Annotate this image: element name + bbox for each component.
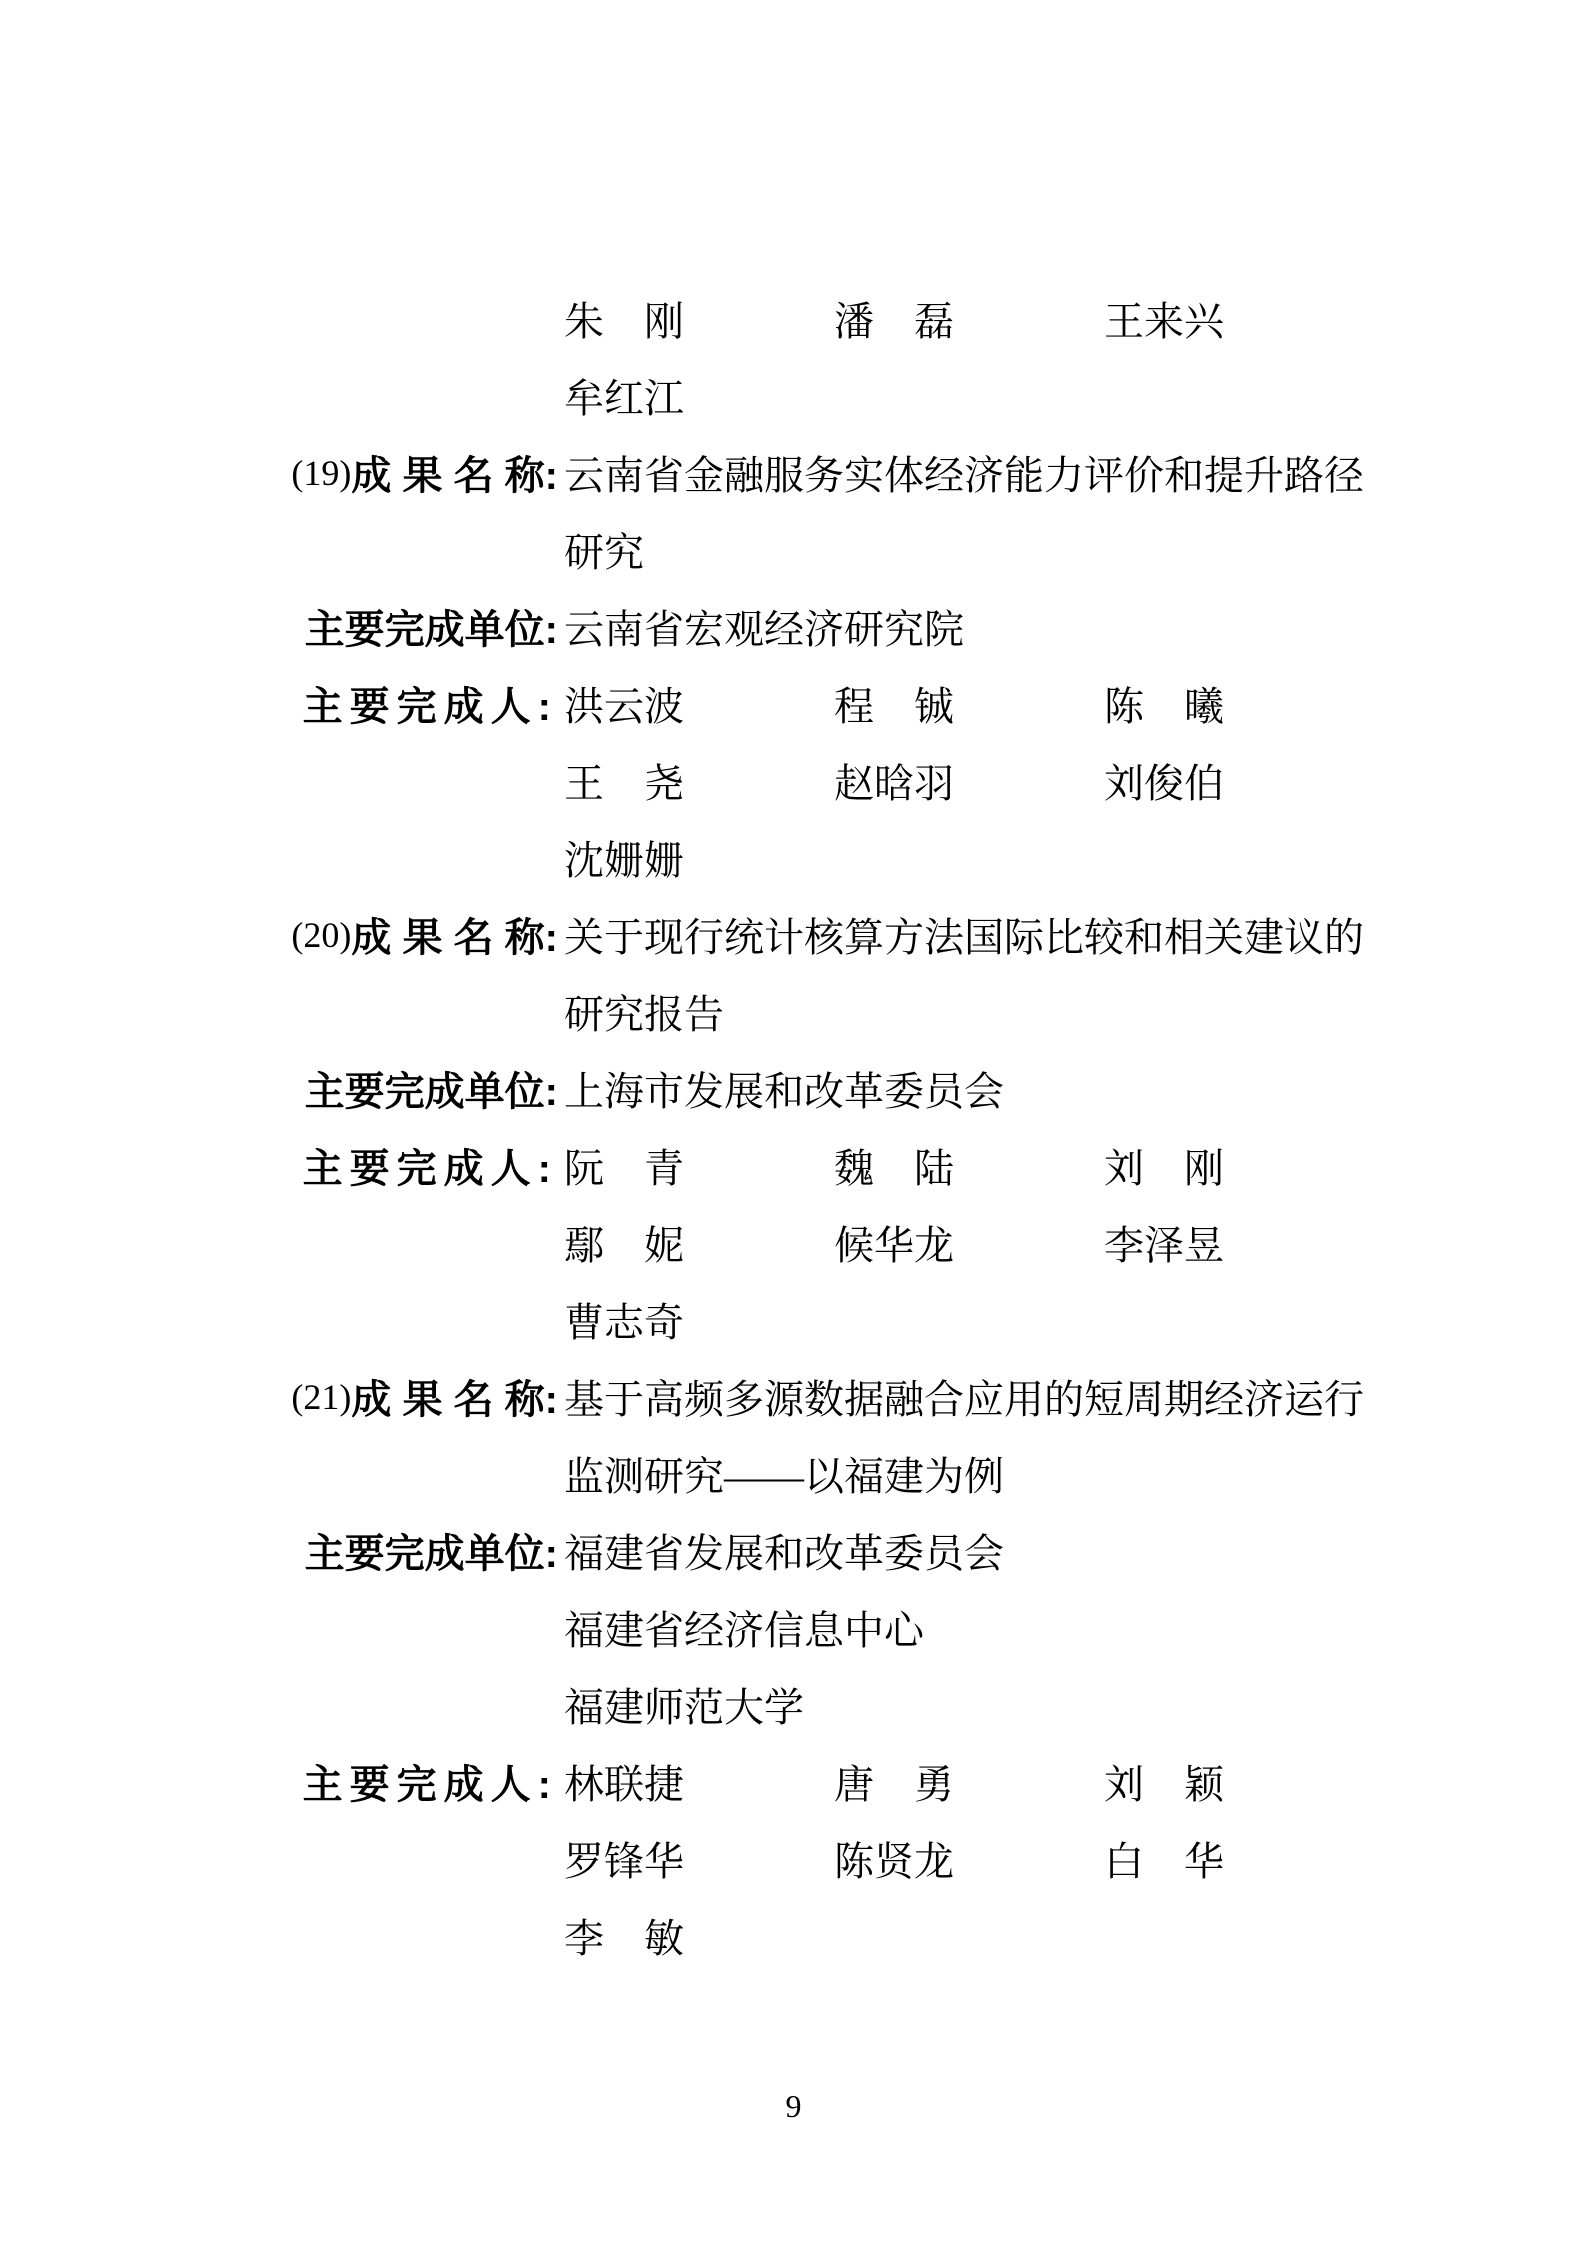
field-label: 主要完成单位: (305, 598, 558, 655)
person-name: 陈 曦 (1104, 675, 1374, 732)
label-zone: 主要完成单位: (0, 1522, 558, 1579)
value-zone: 监测研究——以福建为例 (558, 1445, 1587, 1502)
unit-name: 云南省宏观经济研究院 (564, 607, 964, 652)
person-name: 曹志奇 (564, 1291, 834, 1348)
page-footer: 9 (0, 2088, 1587, 2125)
unit-name: 福建师范大学 (564, 1685, 804, 1730)
value-zone: 阮 青魏 陆刘 刚 (558, 1137, 1587, 1194)
value-zone: 曹志奇 (558, 1291, 1587, 1348)
field-label: 成 果 名 称: (351, 444, 558, 501)
entry-number: (21) (291, 1376, 351, 1418)
value-zone: 朱 刚潘 磊王来兴 (558, 290, 1587, 347)
result-title-continuation: 研究 (564, 530, 644, 575)
value-zone: 洪云波程 铖陈 曦 (558, 675, 1587, 732)
document-line: 主要完成单位:福建省发展和改革委员会 (0, 1512, 1587, 1589)
document-line: 李 敏 (0, 1897, 1587, 1974)
field-label: 主要完成人: (303, 675, 558, 732)
names-row: 曹志奇 (564, 1291, 1587, 1348)
document-line: 主要完成人:林联捷唐 勇刘 颖 (0, 1743, 1587, 1820)
person-name: 鄢 妮 (564, 1214, 834, 1271)
value-zone: 鄢 妮候华龙李泽昱 (558, 1214, 1587, 1271)
field-label: 成 果 名 称: (351, 906, 558, 963)
document-line: 鄢 妮候华龙李泽昱 (0, 1204, 1587, 1281)
document-page: 朱 刚潘 磊王来兴牟红江(19)成 果 名 称:云南省金融服务实体经济能力评价和… (0, 0, 1587, 2245)
page-number: 9 (786, 2088, 802, 2124)
names-row: 王 尧赵晗羽刘俊伯 (564, 752, 1587, 809)
field-label: 主要完成人: (303, 1753, 558, 1810)
document-line: 主要完成单位:上海市发展和改革委员会 (0, 1050, 1587, 1127)
result-title: 云南省金融服务实体经济能力评价和提升路径 (564, 453, 1364, 498)
person-name: 洪云波 (564, 675, 834, 732)
person-name: 魏 陆 (834, 1137, 1104, 1194)
document-line: 主要完成单位:云南省宏观经济研究院 (0, 588, 1587, 665)
person-name: 刘俊伯 (1104, 752, 1374, 809)
person-name: 朱 刚 (564, 290, 834, 347)
value-zone: 福建省发展和改革委员会 (558, 1522, 1587, 1579)
document-line: 曹志奇 (0, 1281, 1587, 1358)
person-name: 刘 刚 (1104, 1137, 1374, 1194)
field-label: 主要完成人: (303, 1137, 558, 1194)
label-zone: 主要完成单位: (0, 1060, 558, 1117)
document-line: 朱 刚潘 磊王来兴 (0, 280, 1587, 357)
names-row: 林联捷唐 勇刘 颖 (564, 1753, 1587, 1810)
names-row: 朱 刚潘 磊王来兴 (564, 290, 1587, 347)
person-name: 唐 勇 (834, 1753, 1104, 1810)
value-zone: 研究 (558, 521, 1587, 578)
person-name: 白 华 (1104, 1830, 1374, 1887)
document-line: 研究 (0, 511, 1587, 588)
document-line: 罗锋华陈贤龙白 华 (0, 1820, 1587, 1897)
value-zone: 李 敏 (558, 1907, 1587, 1964)
person-name: 候华龙 (834, 1214, 1104, 1271)
document-line: 沈姗姗 (0, 819, 1587, 896)
names-row: 李 敏 (564, 1907, 1587, 1964)
result-title: 基于高频多源数据融合应用的短周期经济运行 (564, 1377, 1364, 1422)
person-name: 刘 颖 (1104, 1753, 1374, 1810)
value-zone: 云南省宏观经济研究院 (558, 598, 1587, 655)
document-line: 牟红江 (0, 357, 1587, 434)
value-zone: 基于高频多源数据融合应用的短周期经济运行 (558, 1368, 1587, 1425)
unit-name: 福建省发展和改革委员会 (564, 1531, 1004, 1576)
value-zone: 关于现行统计核算方法国际比较和相关建议的 (558, 906, 1587, 963)
document-line: 研究报告 (0, 973, 1587, 1050)
unit-name: 福建省经济信息中心 (564, 1608, 924, 1653)
person-name: 罗锋华 (564, 1830, 834, 1887)
person-name: 潘 磊 (834, 290, 1104, 347)
document-line: 福建师范大学 (0, 1666, 1587, 1743)
document-line: 主要完成人:洪云波程 铖陈 曦 (0, 665, 1587, 742)
document-line: 主要完成人:阮 青魏 陆刘 刚 (0, 1127, 1587, 1204)
person-name: 牟红江 (564, 367, 834, 424)
entry-number: (19) (291, 452, 351, 494)
person-name: 王 尧 (564, 752, 834, 809)
label-zone: 主要完成人: (0, 1753, 558, 1810)
names-row: 鄢 妮候华龙李泽昱 (564, 1214, 1587, 1271)
person-name: 李泽昱 (1104, 1214, 1374, 1271)
result-title: 关于现行统计核算方法国际比较和相关建议的 (564, 915, 1364, 960)
person-name: 赵晗羽 (834, 752, 1104, 809)
names-row: 牟红江 (564, 367, 1587, 424)
field-label: 成 果 名 称: (351, 1368, 558, 1425)
label-zone: 主要完成人: (0, 1137, 558, 1194)
value-zone: 沈姗姗 (558, 829, 1587, 886)
person-name: 陈贤龙 (834, 1830, 1104, 1887)
value-zone: 福建省经济信息中心 (558, 1599, 1587, 1656)
document-line: 监测研究——以福建为例 (0, 1435, 1587, 1512)
value-zone: 王 尧赵晗羽刘俊伯 (558, 752, 1587, 809)
result-title-continuation: 研究报告 (564, 992, 724, 1037)
field-label: 主要完成单位: (305, 1522, 558, 1579)
label-zone: (19)成 果 名 称: (0, 444, 558, 501)
person-name: 阮 青 (564, 1137, 834, 1194)
document-line: 福建省经济信息中心 (0, 1589, 1587, 1666)
value-zone: 福建师范大学 (558, 1676, 1587, 1733)
document-line: 王 尧赵晗羽刘俊伯 (0, 742, 1587, 819)
person-name: 程 铖 (834, 675, 1104, 732)
label-zone: 主要完成单位: (0, 598, 558, 655)
value-zone: 牟红江 (558, 367, 1587, 424)
entry-number: (20) (291, 914, 351, 956)
value-zone: 研究报告 (558, 983, 1587, 1040)
document-line: (21)成 果 名 称:基于高频多源数据融合应用的短周期经济运行 (0, 1358, 1587, 1435)
field-label: 主要完成单位: (305, 1060, 558, 1117)
content-lines: 朱 刚潘 磊王来兴牟红江(19)成 果 名 称:云南省金融服务实体经济能力评价和… (0, 280, 1587, 1974)
document-line: (20)成 果 名 称:关于现行统计核算方法国际比较和相关建议的 (0, 896, 1587, 973)
value-zone: 罗锋华陈贤龙白 华 (558, 1830, 1587, 1887)
unit-name: 上海市发展和改革委员会 (564, 1069, 1004, 1114)
person-name: 王来兴 (1104, 290, 1374, 347)
value-zone: 上海市发展和改革委员会 (558, 1060, 1587, 1117)
names-row: 阮 青魏 陆刘 刚 (564, 1137, 1587, 1194)
label-zone: (21)成 果 名 称: (0, 1368, 558, 1425)
value-zone: 云南省金融服务实体经济能力评价和提升路径 (558, 444, 1587, 501)
names-row: 洪云波程 铖陈 曦 (564, 675, 1587, 732)
person-name: 沈姗姗 (564, 829, 834, 886)
person-name: 林联捷 (564, 1753, 834, 1810)
names-row: 沈姗姗 (564, 829, 1587, 886)
names-row: 罗锋华陈贤龙白 华 (564, 1830, 1587, 1887)
document-line: (19)成 果 名 称:云南省金融服务实体经济能力评价和提升路径 (0, 434, 1587, 511)
person-name: 李 敏 (564, 1907, 834, 1964)
value-zone: 林联捷唐 勇刘 颖 (558, 1753, 1587, 1810)
label-zone: 主要完成人: (0, 675, 558, 732)
label-zone: (20)成 果 名 称: (0, 906, 558, 963)
result-title-continuation: 监测研究——以福建为例 (564, 1454, 1004, 1499)
